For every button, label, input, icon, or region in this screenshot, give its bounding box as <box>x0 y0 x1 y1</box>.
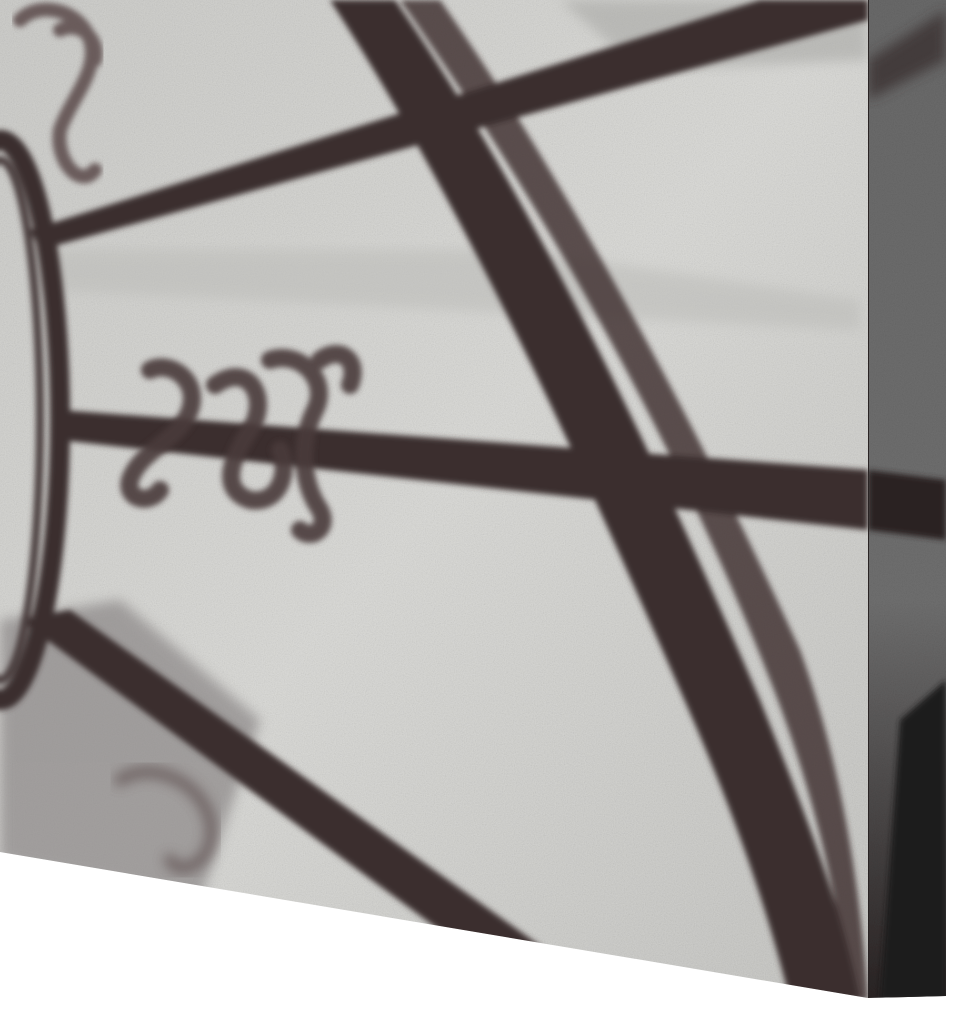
canvas-print-illustration <box>0 0 974 1020</box>
canvas-face <box>0 0 868 1000</box>
canvas-side-edge <box>868 0 948 1000</box>
canvas-print-photo <box>0 0 974 1020</box>
